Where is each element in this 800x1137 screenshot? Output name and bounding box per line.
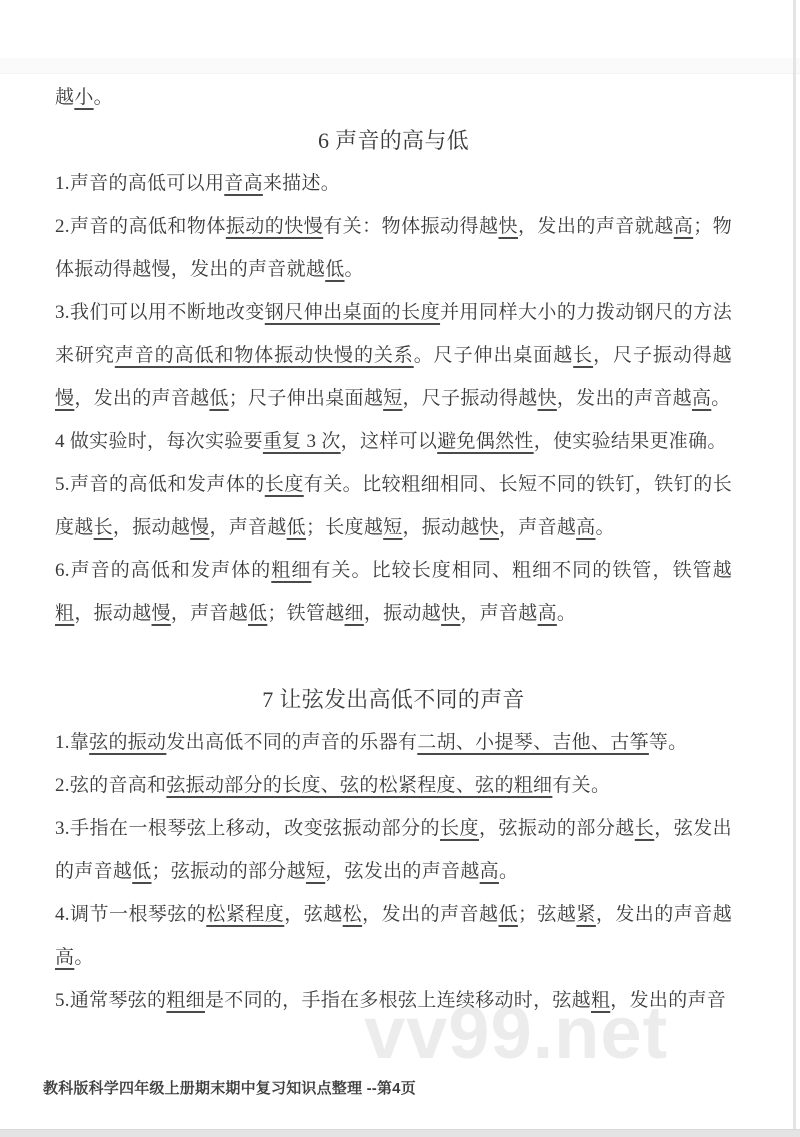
- underlined-text: 音高: [224, 173, 263, 194]
- underlined-text: 粗: [591, 990, 610, 1011]
- underlined-text: 短: [306, 861, 325, 882]
- underlined-text: 粗: [55, 603, 74, 624]
- underlined-text: 粗细: [166, 990, 205, 1011]
- underlined-text: 钢尺伸出桌面的长度: [265, 302, 440, 323]
- underlined-text: 慢: [152, 603, 171, 624]
- underlined-text: 低: [287, 517, 306, 538]
- underlined-text: 长: [635, 818, 654, 839]
- underlined-text: 高: [55, 947, 74, 968]
- underlined-text: 长度: [265, 474, 304, 495]
- underlined-text: 低: [248, 603, 267, 624]
- underlined-text: 松: [343, 904, 362, 925]
- underlined-text: 二胡、小提琴、吉他、古筝: [417, 732, 649, 753]
- underlined-text: 弦振动部分的长度、弦的松紧程度、弦的粗细: [166, 775, 552, 796]
- underlined-text: 慢: [55, 388, 74, 409]
- sec6-para-1: 1.声音的高低可以用音高来描述。: [55, 162, 732, 205]
- underlined-text: 细: [345, 603, 364, 624]
- underlined-text: 低: [209, 388, 228, 409]
- underlined-text: 长: [573, 345, 593, 366]
- sec7-para-4: 4.调节一根琴弦的松紧程度，弦越松，发出的声音越低；弦越紧，发出的声音越高。: [55, 893, 732, 979]
- underlined-text: 快: [538, 388, 557, 409]
- footer-text: 教科版科学四年级上册期末期中复习知识点整理 --第4页: [43, 1077, 416, 1098]
- underlined-text: 慢: [190, 517, 209, 538]
- underlined-text: 长度: [440, 818, 479, 839]
- page-edge-line: [793, 0, 796, 1137]
- sec6-para-5: 5.声音的高低和发声体的长度有关。比较粗细相同、长短不同的铁钉，铁钉的长度越长，…: [55, 463, 732, 549]
- underlined-text: 避免偶然性: [437, 431, 534, 452]
- underlined-text: 高: [576, 517, 595, 538]
- underlined-text: 短: [383, 388, 402, 409]
- underlined-text: 快: [441, 603, 460, 624]
- underlined-text: 粗细: [271, 560, 311, 581]
- underlined-text: 快: [498, 216, 517, 237]
- underlined-text: 低: [325, 259, 344, 280]
- sec6-para-6: 6.声音的高低和发声体的粗细有关。比较长度相同、粗细不同的铁管，铁管越粗，振动越…: [55, 549, 732, 635]
- underlined-text: 弦的振动: [89, 732, 166, 753]
- underlined-text: 高: [538, 603, 557, 624]
- page-top-shading: [0, 58, 800, 74]
- underlined-text: 重复 3 次: [263, 431, 341, 452]
- underlined-text: 短: [383, 517, 402, 538]
- sec7-para-5: 5.通常琴弦的粗细是不同的，手指在多根弦上连续移动时，弦越粗，发出的声音: [55, 979, 732, 1022]
- underlined-text: 声音的高低和物体振动快慢的关系: [115, 345, 414, 366]
- sec7-para-2: 2.弦的音高和弦振动部分的长度、弦的松紧程度、弦的粗细有关。: [55, 764, 732, 807]
- underlined-text: 低: [498, 904, 517, 925]
- document-page: 越小。6 声音的高与低1.声音的高低可以用音高来描述。2.声音的高低和物体振动的…: [0, 0, 800, 1137]
- section-heading-7: 7 让弦发出高低不同的声音: [55, 678, 732, 721]
- underlined-text: 高: [674, 216, 693, 237]
- para-continued-from-prev-page: 越小。: [55, 76, 732, 119]
- sec7-para-3: 3.手指在一根琴弦上移动，改变弦振动部分的长度，弦振动的部分越长，弦发出的声音越…: [55, 807, 732, 893]
- underlined-text: 小: [74, 87, 93, 108]
- bottom-bar: [0, 1129, 800, 1137]
- underlined-text: 快: [480, 517, 499, 538]
- underlined-text: 松紧程度: [206, 904, 284, 925]
- document-body: 越小。6 声音的高与低1.声音的高低可以用音高来描述。2.声音的高低和物体振动的…: [55, 76, 732, 1022]
- sec6-para-2: 2.声音的高低和物体振动的快慢有关：物体振动得越快，发出的声音就越高；物体振动得…: [55, 205, 732, 291]
- sec6-para-3: 3.我们可以用不断地改变钢尺伸出桌面的长度并用同样大小的力拨动钢尺的方法来研究声…: [55, 291, 732, 420]
- underlined-text: 低: [132, 861, 151, 882]
- underlined-text: 长: [94, 517, 113, 538]
- section-heading-6: 6 声音的高与低: [55, 119, 732, 162]
- underlined-text: 紧: [576, 904, 595, 925]
- underlined-text: 振动的快慢: [226, 216, 323, 237]
- sec7-para-1: 1.靠弦的振动发出高低不同的声音的乐器有二胡、小提琴、吉他、古筝等。: [55, 721, 732, 764]
- sec6-para-4: 4 做实验时，每次实验要重复 3 次，这样可以避免偶然性，使实验结果更准确。: [55, 420, 732, 463]
- underlined-text: 高: [692, 388, 711, 409]
- underlined-text: 高: [480, 861, 499, 882]
